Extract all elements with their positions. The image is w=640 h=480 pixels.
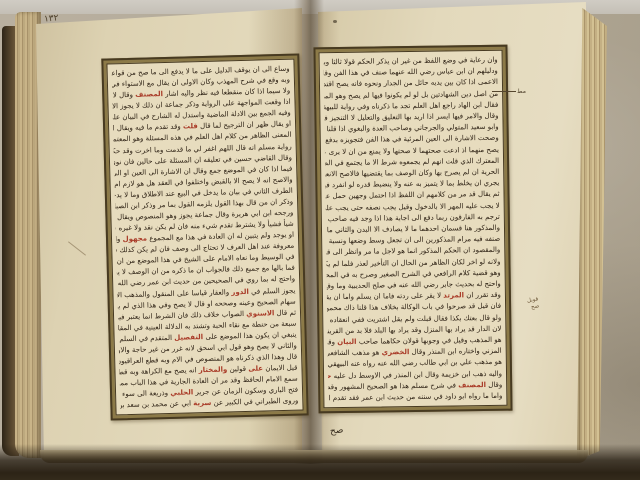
red-ink-word: مجهول xyxy=(123,235,148,244)
red-ink-word: سرية xyxy=(193,399,211,407)
red-ink-word: الخضري xyxy=(382,348,410,356)
red-ink-word: قلت xyxy=(183,123,198,131)
ink-speck xyxy=(333,20,337,23)
text-frame-right: وان رعاية في وضع اللفظ من غير ان يذكر ال… xyxy=(313,45,512,414)
text-line: واما ما رواه ابو داود في سننه من حديث اب… xyxy=(328,391,502,404)
red-ink-word: الاسنوي xyxy=(246,309,274,318)
matlab-note-rule xyxy=(492,91,516,92)
red-ink-word: المرتد xyxy=(443,292,464,300)
margin-matlab-note: مط xyxy=(492,88,526,95)
frame-gold-border-left: وساع الى ان يوقف الدليل على ما لا يدفع ا… xyxy=(101,53,308,420)
red-ink-word: الدور xyxy=(231,287,249,295)
red-ink-word: المصنف xyxy=(135,90,163,99)
book-shadow xyxy=(0,444,640,480)
manuscript-photo: ١٣٢ وساع الى ان يوقف الدليل على ما لا يد… xyxy=(0,0,640,480)
catchword: صح xyxy=(330,425,344,436)
matlab-note-text: مط xyxy=(517,88,526,95)
text-block-right: وان رعاية في وضع اللفظ من غير ان يذكر ال… xyxy=(319,50,508,409)
text-block-left: وساع الى ان يوقف الدليل على ما لا يدفع ا… xyxy=(106,59,303,416)
red-ink-word: على xyxy=(248,365,263,373)
red-ink-word: التفصيل xyxy=(174,333,203,342)
frame-gold-border-right: وان رعاية في وضع اللفظ من غير ان يذكر ال… xyxy=(313,45,512,414)
red-ink-word: المصنف xyxy=(458,381,486,389)
text-frame-left: وساع الى ان يوقف الدليل على ما لا يدفع ا… xyxy=(101,53,308,420)
folio-number: ١٣٢ xyxy=(44,13,59,24)
red-ink-word: والمختار xyxy=(199,366,228,375)
red-ink-word: الحلبي xyxy=(170,389,193,398)
red-ink-word: البيان xyxy=(337,338,356,346)
